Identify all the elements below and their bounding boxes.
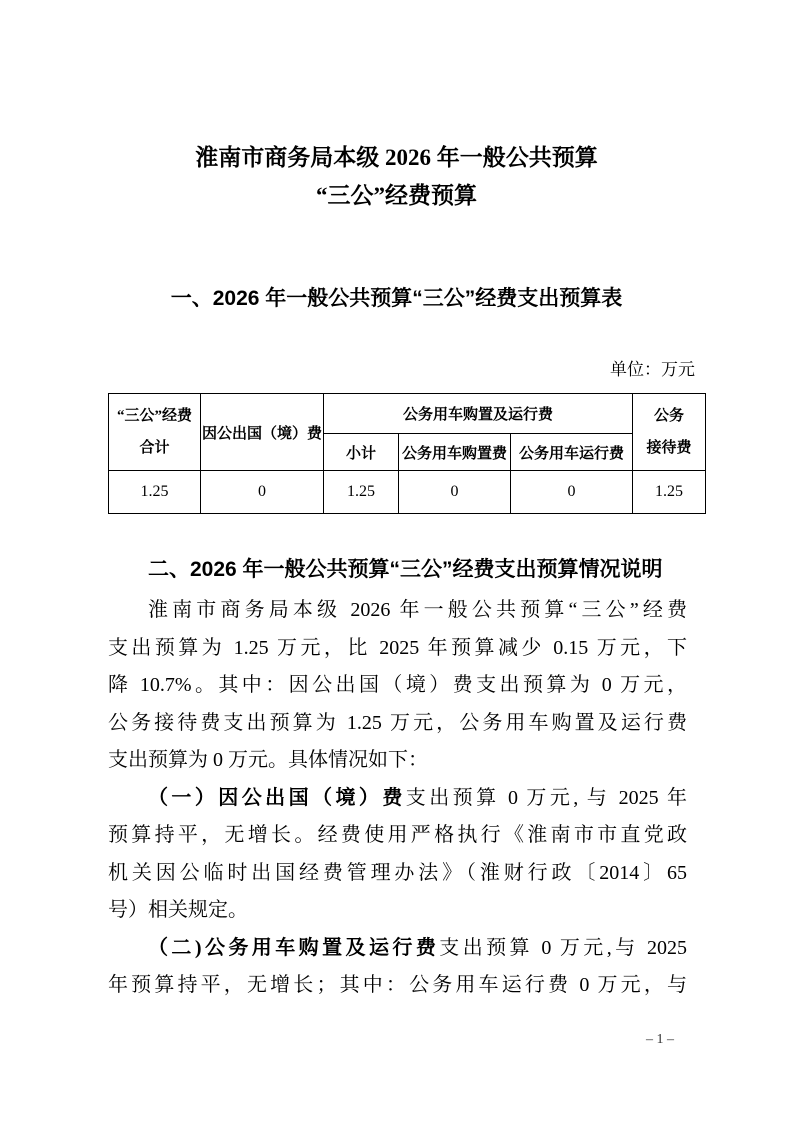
document-page: 淮南市商务局本级 2026 年一般公共预算 “三公”经费预算 一、2026 年一… — [0, 0, 793, 1122]
budget-table: “三公”经费 合计 因公出国（境）费 公务用车购置及运行费 公务 接待费 小计 … — [108, 393, 706, 514]
header-total-line2: 合计 — [109, 432, 200, 464]
header-total-line1: “三公”经费 — [109, 400, 200, 432]
body-line: 年预算持平，无增长；其中：公务用车运行费 0 万元，与 — [108, 967, 687, 1005]
section1-heading: 一、2026 年一般公共预算“三公”经费支出预算表 — [0, 286, 793, 312]
section2-heading: 二、2026 年一般公共预算“三公”经费支出预算情况说明 — [108, 548, 687, 592]
body-line: 支出预算为 0 万元。具体情况如下： — [108, 742, 687, 780]
header-reception-line1: 公务 — [633, 400, 705, 432]
data-cell-vehicle-operation: 0 — [511, 471, 633, 514]
section2: 二、2026 年一般公共预算“三公”经费支出预算情况说明 淮南市商务局本级 20… — [108, 548, 687, 1005]
body-line: 预算持平，无增长。经费使用严格执行《淮南市市直党政 — [108, 817, 687, 855]
body-line: 公务接待费支出预算为 1.25 万元，公务用车购置及运行费 — [108, 705, 687, 743]
header-reception-line2: 接待费 — [633, 432, 705, 464]
para3-line1: 支出预算 0 万元,与 2025 — [439, 937, 687, 959]
header-cell-abroad: 因公出国（境）费 — [201, 394, 324, 471]
body-line: 淮南市商务局本级 2026 年一般公共预算“三公”经费 — [108, 592, 687, 630]
body-line: 号）相关规定。 — [108, 892, 687, 930]
data-cell-reception: 1.25 — [633, 471, 706, 514]
data-cell-vehicle-subtotal: 1.25 — [324, 471, 399, 514]
header-cell-purchase: 公务用车购置费 — [399, 434, 511, 471]
doc-title: 淮南市商务局本级 2026 年一般公共预算 “三公”经费预算 — [0, 139, 793, 215]
para3-lead: （二)公务用车购置及运行费 — [148, 937, 439, 959]
header-cell-total: “三公”经费 合计 — [109, 394, 201, 471]
page-number: – 1 – — [646, 1031, 674, 1049]
header-cell-reception: 公务 接待费 — [633, 394, 706, 471]
data-cell-vehicle-purchase: 0 — [399, 471, 511, 514]
para2-line1: 支出预算 0 万元, 与 2025 年 — [406, 787, 687, 809]
body-line: （二)公务用车购置及运行费支出预算 0 万元,与 2025 — [108, 930, 687, 968]
unit-label: 单位：万元 — [108, 358, 705, 382]
para2-lead: （一）因公出国（境）费 — [148, 787, 406, 809]
data-cell-total: 1.25 — [109, 471, 201, 514]
body-line: 支出预算为 1.25 万元，比 2025 年预算减少 0.15 万元，下 — [108, 630, 687, 668]
header-cell-operation: 公务用车运行费 — [511, 434, 633, 471]
header-cell-subtotal: 小计 — [324, 434, 399, 471]
body-line: （一）因公出国（境）费支出预算 0 万元, 与 2025 年 — [108, 780, 687, 818]
doc-title-line-2: “三公”经费预算 — [0, 177, 793, 215]
header-cell-vehicle-group: 公务用车购置及运行费 — [324, 394, 633, 434]
data-cell-abroad: 0 — [201, 471, 324, 514]
body-line: 机关因公临时出国经费管理办法》（淮财行政〔2014〕65 — [108, 855, 687, 893]
body-line: 降 10.7%。其中：因公出国（境）费支出预算为 0 万元， — [108, 667, 687, 705]
doc-title-line-1: 淮南市商务局本级 2026 年一般公共预算 — [0, 139, 793, 177]
